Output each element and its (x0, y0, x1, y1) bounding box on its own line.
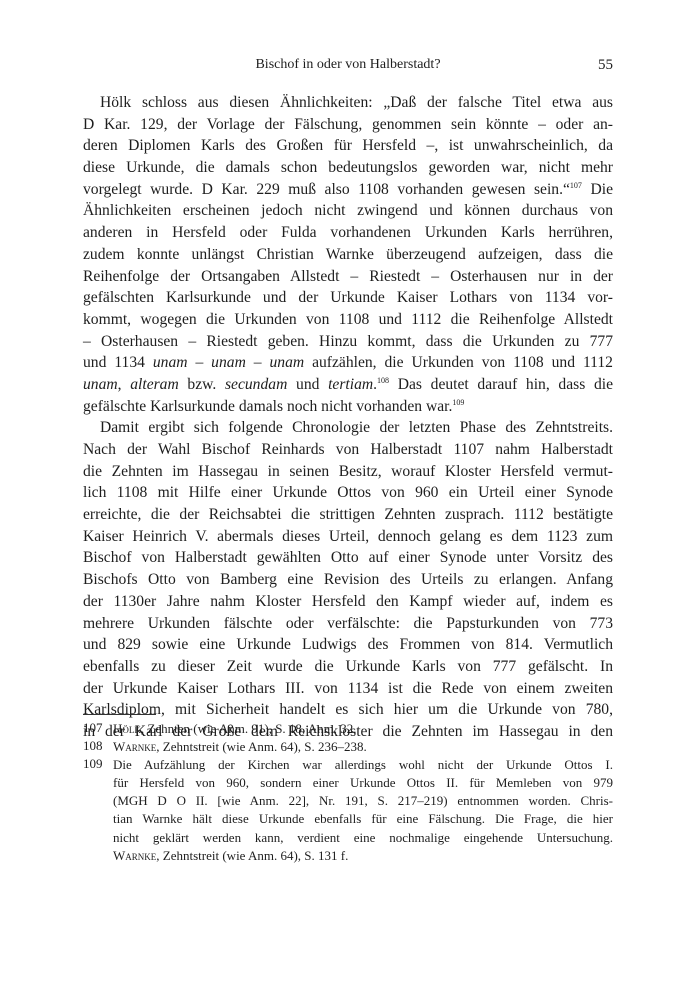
text-line: Bischof von Halberstadt gewählten Otto a… (83, 547, 613, 569)
footnote-line: Warnke, Zehntstreit (wie Anm. 64), S. 23… (113, 738, 613, 756)
text-line: mehrere Urkunden fälschte oder verfälsch… (83, 613, 613, 635)
text-line: Bischofs Otto von Bamberg eine Revision … (83, 569, 613, 591)
text-line: diese Urkunde, die damals schon bedeutun… (83, 157, 613, 179)
footnote-ref-108[interactable]: 108 (377, 376, 389, 385)
footnote-number: 109 (83, 756, 103, 772)
footnote-number: 108 (83, 738, 103, 754)
text-line: Hölk schloss aus diesen Ähnlichkeiten: „… (83, 92, 613, 114)
text-line: deren Diplomen Karls des Großen für Hers… (83, 135, 613, 157)
text-line: die Zehnten im Hassegau in seinen Besitz… (83, 461, 613, 483)
text-line: und 829 sowie eine Urkunde Ludwigs des F… (83, 634, 613, 656)
text-line: ebenfalls zu dieser Zeit wurde die Urkun… (83, 656, 613, 678)
footnote-ref-107[interactable]: 107 (570, 181, 582, 190)
paragraph-1: Hölk schloss aus diesen Ähnlichkeiten: „… (83, 92, 613, 417)
text-line: und 1134 unam – unam – unam aufzählen, d… (83, 352, 613, 374)
text-line: der Urkunde Kaiser Lothars III. von 1134… (83, 678, 613, 700)
running-header: Bischof in oder von Halberstadt? 55 (83, 57, 613, 77)
footnote-109: 109 Die Aufzählung der Kirchen war aller… (83, 756, 613, 865)
text-line: zudem konnte unlängst Christian Warnke ü… (83, 244, 613, 266)
body-text: Hölk schloss aus diesen Ähnlichkeiten: „… (83, 92, 613, 743)
text-line: D Kar. 129, der Vorlage der Fälschung, g… (83, 114, 613, 136)
author-name: Warnke (113, 848, 156, 863)
footnote-108: 108 Warnke, Zehntstreit (wie Anm. 64), S… (83, 738, 613, 756)
text-line: anderen in Hersfeld oder Fulda vorhanden… (83, 222, 613, 244)
text-line: erreichte, die der Reichsabtei die strit… (83, 504, 613, 526)
author-name: Hölk (113, 721, 141, 736)
footnote-ref-109[interactable]: 109 (452, 398, 464, 407)
text-line: Damit ergibt sich folgende Chronologie d… (83, 417, 613, 439)
text-line: kommt, wogegen die Urkunden von 1108 und… (83, 309, 613, 331)
text-line: Ähnlichkeiten erscheinen jedoch nicht zw… (83, 200, 613, 222)
text-line: gefälschten Karlsurkunde und der Urkunde… (83, 287, 613, 309)
page-number: 55 (598, 57, 613, 74)
text-line: Kaiser Heinrich V. abermals dieses Urtei… (83, 526, 613, 548)
footnote-line: Die Aufzählung der Kirchen war allerding… (113, 756, 613, 774)
text-line: lich 1108 mit Hilfe einer Urkunde Ottos … (83, 482, 613, 504)
book-page: Bischof in oder von Halberstadt? 55 Hölk… (0, 0, 700, 988)
footnote-line: tian Warnke hält diese Urkunde ebenfalls… (113, 810, 613, 828)
footnote-line: für Hersfeld von 960, sondern einer Urku… (113, 774, 613, 792)
footnotes: 107 Hölk, Zehnten (wie Anm. 91), S. 18, … (83, 720, 613, 865)
text-line: der 1130er Jahre nahm Kloster Hersfeld d… (83, 591, 613, 613)
footnote-107: 107 Hölk, Zehnten (wie Anm. 91), S. 18, … (83, 720, 613, 738)
author-name: Warnke (113, 739, 156, 754)
footnote-line: Hölk, Zehnten (wie Anm. 91), S. 18, Anm.… (113, 720, 613, 738)
text-line: Reihenfolge der Ortsangaben Allstedt – R… (83, 266, 613, 288)
running-title: Bischof in oder von Halberstadt? (83, 57, 613, 73)
text-line: Nach der Wahl Bischof Reinhards von Halb… (83, 439, 613, 461)
footnote-separator-rule (83, 714, 156, 715)
footnote-line: Warnke, Zehntstreit (wie Anm. 64), S. 13… (113, 847, 613, 865)
footnote-number: 107 (83, 720, 103, 736)
footnote-line: nicht geklärt werden kann, verdient eine… (113, 829, 613, 847)
text-line: Karlsdiplom, mit Sicherheit handelt es s… (83, 699, 613, 721)
footnote-line: (MGH D O II. [wie Anm. 22], Nr. 191, S. … (113, 792, 613, 810)
text-line: – Osterhausen – Riestedt geben. Hinzu ko… (83, 331, 613, 353)
text-line: unam, alteram bzw. secundam und tertiam.… (83, 374, 613, 396)
paragraph-2: Damit ergibt sich folgende Chronologie d… (83, 417, 613, 742)
text-line: gefälschte Karlsurkunde damals noch nich… (83, 396, 613, 418)
text-line: vorgelegt wurde. D Kar. 229 muß also 110… (83, 179, 613, 201)
